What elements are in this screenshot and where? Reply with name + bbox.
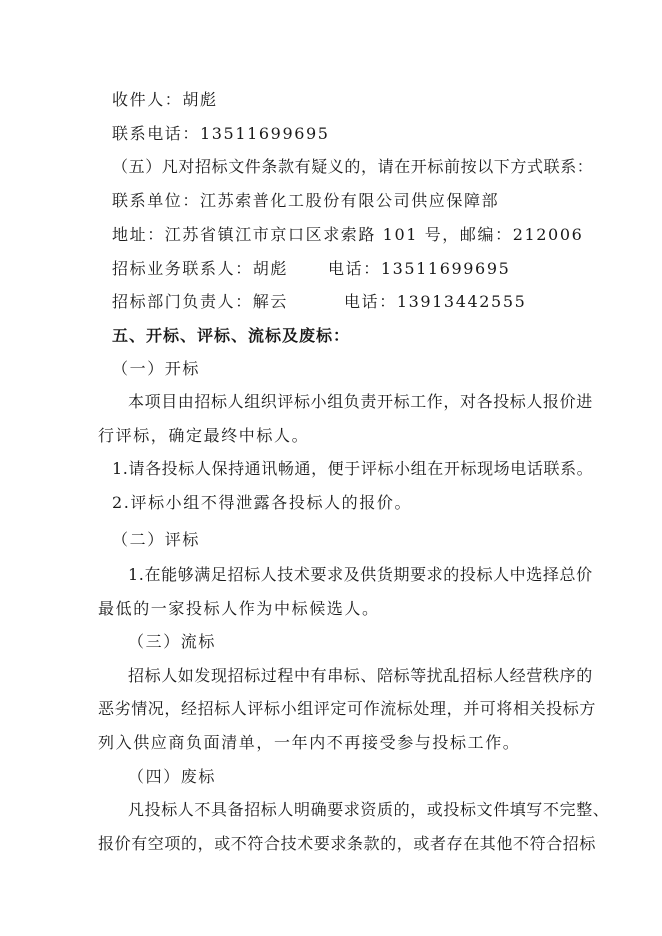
invalid-bid-paragraph-line2: 报价有空项的，或不符合技术要求条款的，或者存在其他不符合招标 [98,834,596,854]
failed-bid-title: （三）流标 [128,632,216,652]
business-contact-name: 招标业务联系人：胡彪 [112,259,288,278]
document-page: 收件人：胡彪 联系电话：13511699695 （五）凡对招标文件条款有疑义的，… [0,0,662,936]
clause-5-line: （五）凡对招标文件条款有疑义的，请在开标前按以下方式联系： [112,157,593,177]
evaluation-item1-line2: 最低的一家投标人作为中标候选人。 [98,599,380,619]
opening-title: （一）开标 [112,359,200,379]
evaluation-title: （二）评标 [112,530,200,550]
evaluation-item1-line1: 1.在能够满足招标人技术要求及供货期要求的投标人中选择总价 [128,565,593,585]
department-head-line: 招标部门负责人：解云电话：13913442555 [112,292,526,312]
department-head-name: 招标部门负责人：解云 [112,292,288,311]
failed-bid-paragraph-line1: 招标人如发现招标过程中有串标、陪标等扰乱招标人经营秩序的 [128,666,593,686]
failed-bid-paragraph-line3: 列入供应商负面清单，一年内不再接受参与投标工作。 [98,733,520,753]
invalid-bid-paragraph-line1: 凡投标人不具备招标人明确要求资质的，或投标文件填写不完整、 [128,800,609,820]
opening-item-2: 2.评标小组不得泄露各投标人的报价。 [112,493,412,513]
failed-bid-paragraph-line2: 恶劣情况，经招标人评标小组评定可作流标处理，并可将相关投标方 [98,699,596,719]
department-head-phone: 电话：13913442555 [344,292,526,311]
opening-paragraph-line2: 行评标，确定最终中标人。 [98,426,309,446]
recipient-line: 收件人：胡彪 [112,90,218,110]
recipient-phone-line: 联系电话：13511699695 [112,124,330,144]
opening-item-1: 1.请各投标人保持通讯畅通，便于评标小组在开标现场电话联系。 [112,459,593,479]
invalid-bid-title: （四）废标 [128,767,216,787]
section-5-heading: 五、开标、评标、流标及废标： [112,326,350,346]
contact-unit-line: 联系单位：江苏索普化工股份有限公司供应保障部 [112,191,499,211]
business-contact-line: 招标业务联系人：胡彪电话：13511699695 [112,259,510,279]
address-line: 地址：江苏省镇江市京口区求索路 101 号，邮编：212006 [112,225,583,245]
opening-paragraph-line1: 本项目由招标人组织评标小组负责开标工作，对各投标人报价进 [128,392,593,412]
business-contact-phone: 电话：13511699695 [328,259,510,278]
